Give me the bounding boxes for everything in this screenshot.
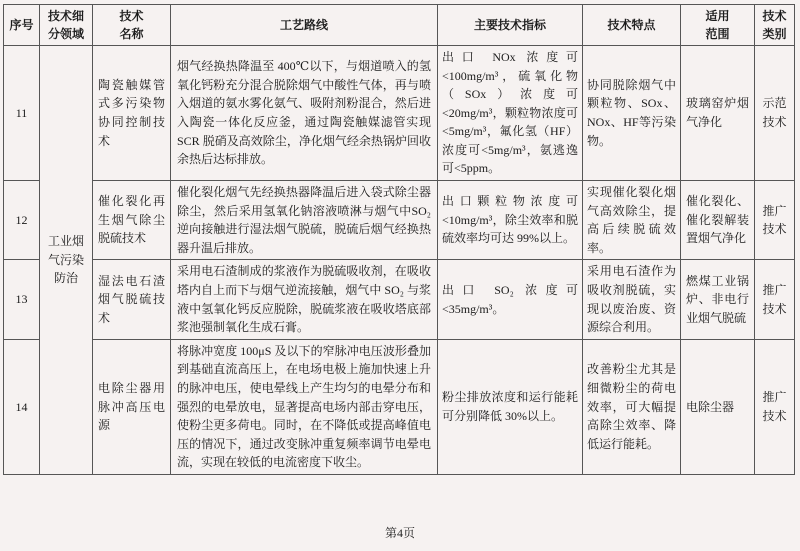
cell-route-13: 采用电石渣制成的浆液作为脱硫吸收剂，在吸收塔内自上而下与烟气逆流接触，烟气中 S… — [171, 260, 438, 339]
col-header-indicators: 主要技术指标 — [438, 5, 583, 46]
cell-category-13: 推广技术 — [755, 260, 795, 339]
cell-category-12: 推广技术 — [755, 181, 795, 260]
cell-scope-12: 催化裂化、催化裂解装置烟气净化 — [681, 181, 755, 260]
page-number: 第4页 — [0, 524, 800, 541]
col-header-route: 工艺路线 — [171, 5, 438, 46]
col-header-scope: 适用 范围 — [681, 5, 755, 46]
cell-name-12: 催化裂化再生烟气除尘脱硫技术 — [93, 181, 171, 260]
cell-no-14: 14 — [4, 339, 40, 474]
col-header-name: 技术 名称 — [93, 5, 171, 46]
cell-indicators-13: 出口 SO₂ 浓度可<35mg/m³。 — [438, 260, 583, 339]
table-row-14: 14 电除尘器用脉冲高压电源 将脉冲宽度 100μS 及以下的窄脉冲电压波形叠加… — [4, 339, 795, 474]
technology-table: 序号 技术细 分领域 技术 名称 工艺路线 主要技术指标 技术特点 适用 范围 … — [3, 4, 795, 475]
col-header-no: 序号 — [4, 5, 40, 46]
cell-features-12: 实现催化裂化烟气高效除尘，提高后续脱硫效率。 — [583, 181, 681, 260]
cell-route-11: 烟气经换热降温至 400℃以下，与烟道喷入的氢氧化钙粉充分混合脱除烟气中酸性气体… — [171, 46, 438, 181]
cell-no-13: 13 — [4, 260, 40, 339]
cell-indicators-12: 出口颗粒物浓度可<10mg/m³，除尘效率和脱硫效率均可达 99%以上。 — [438, 181, 583, 260]
col-header-features: 技术特点 — [583, 5, 681, 46]
table-row-11: 11 工业烟气污染防治 陶瓷触媒管式多污染物协同控制技术 烟气经换热降温至 40… — [4, 46, 795, 181]
cell-name-11: 陶瓷触媒管式多污染物协同控制技术 — [93, 46, 171, 181]
cell-no-11: 11 — [4, 46, 40, 181]
cell-route-12: 催化裂化烟气先经换热器降温后进入袋式除尘器除尘，然后采用氢氧化钠溶液喷淋与烟气中… — [171, 181, 438, 260]
cell-domain-group: 工业烟气污染防治 — [40, 46, 93, 475]
cell-route-14: 将脉冲宽度 100μS 及以下的窄脉冲电压波形叠加到基础直流高压上，在电场电极上… — [171, 339, 438, 474]
cell-features-13: 采用电石渣作为吸收剂脱硫，实现以废治废、资源综合利用。 — [583, 260, 681, 339]
cell-category-11: 示范技术 — [755, 46, 795, 181]
cell-scope-14: 电除尘器 — [681, 339, 755, 474]
cell-features-11: 协同脱除烟气中颗粒物、SOx、NOx、HF等污染物。 — [583, 46, 681, 181]
cell-scope-11: 玻璃窑炉烟气净化 — [681, 46, 755, 181]
cell-name-13: 湿法电石渣烟气脱硫技术 — [93, 260, 171, 339]
cell-name-14: 电除尘器用脉冲高压电源 — [93, 339, 171, 474]
table-row-13: 13 湿法电石渣烟气脱硫技术 采用电石渣制成的浆液作为脱硫吸收剂，在吸收塔内自上… — [4, 260, 795, 339]
col-header-domain: 技术细 分领域 — [40, 5, 93, 46]
table-header-row: 序号 技术细 分领域 技术 名称 工艺路线 主要技术指标 技术特点 适用 范围 … — [4, 5, 795, 46]
table-row-12: 12 催化裂化再生烟气除尘脱硫技术 催化裂化烟气先经换热器降温后进入袋式除尘器除… — [4, 181, 795, 260]
document-page: 序号 技术细 分领域 技术 名称 工艺路线 主要技术指标 技术特点 适用 范围 … — [0, 0, 800, 551]
cell-features-14: 改善粉尘尤其是细微粉尘的荷电效率，可大幅提高除尘效率、降低运行能耗。 — [583, 339, 681, 474]
cell-indicators-11: 出口 NOx 浓度可<100mg/m³，硫氧化物（SOx）浓度可<20mg/m³… — [438, 46, 583, 181]
cell-no-12: 12 — [4, 181, 40, 260]
col-header-category: 技术 类别 — [755, 5, 795, 46]
cell-category-14: 推广技术 — [755, 339, 795, 474]
cell-indicators-14: 粉尘排放浓度和运行能耗可分别降低 30%以上。 — [438, 339, 583, 474]
cell-scope-13: 燃煤工业锅炉、非电行业烟气脱硫 — [681, 260, 755, 339]
